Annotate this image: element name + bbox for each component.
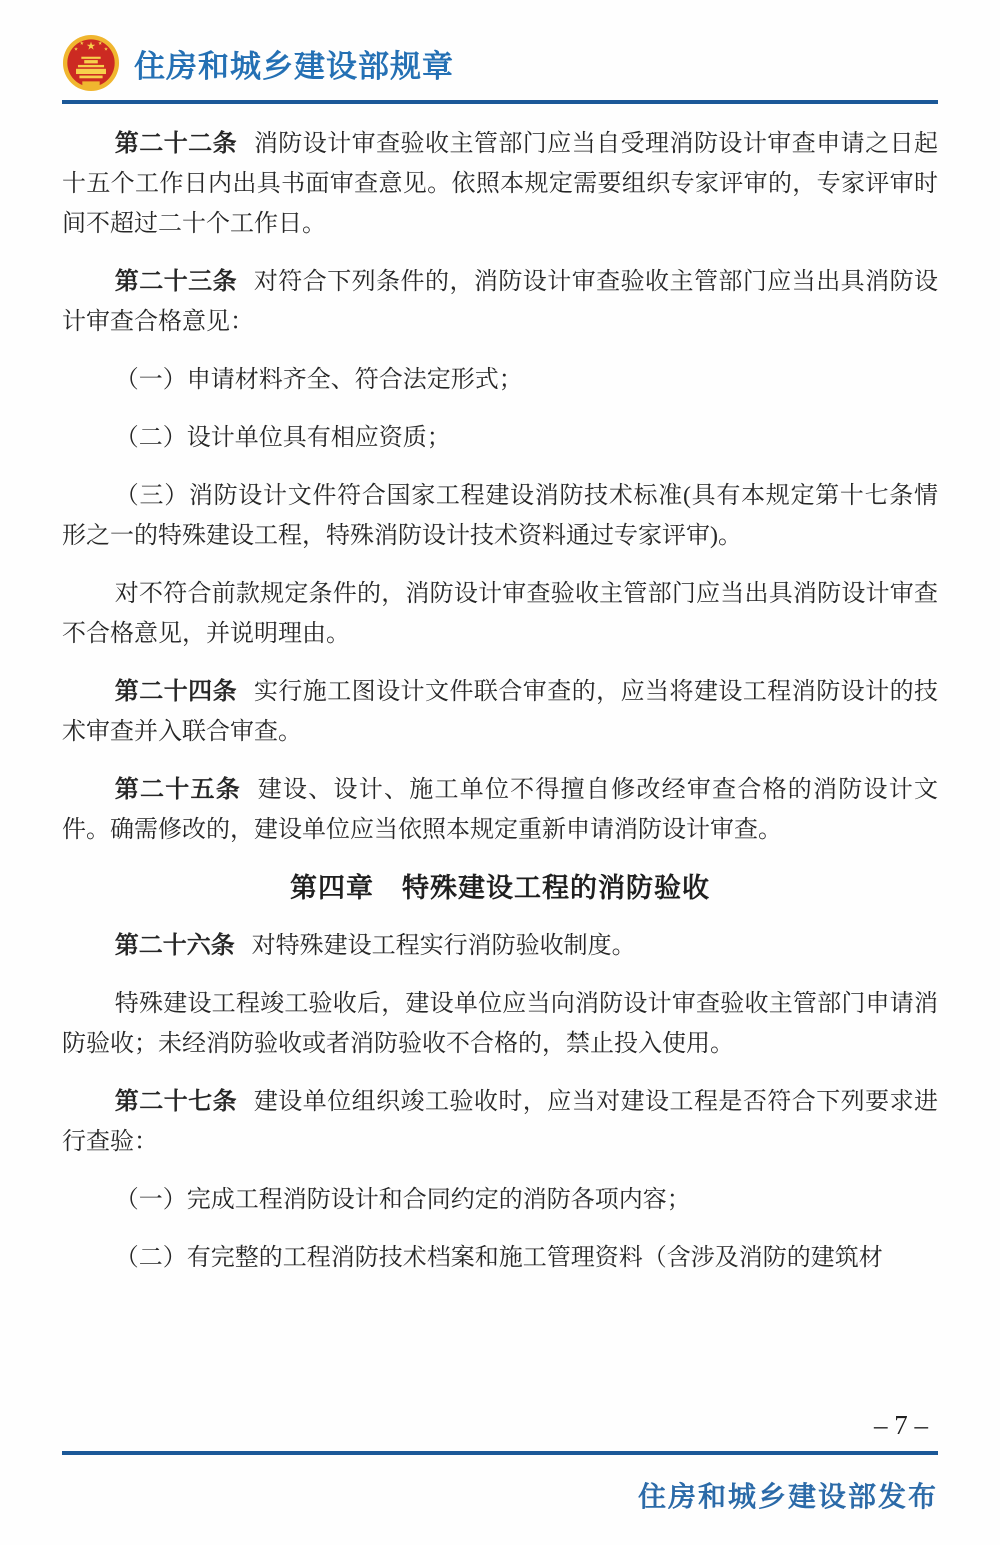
list-item-paragraph: （一）申请材料齐全、符合法定形式；	[62, 360, 938, 400]
article-paragraph: 第二十四条实行施工图设计文件联合审查的，应当将建设工程消防设计的技术审查并入联合…	[62, 672, 938, 752]
article-paragraph: 特殊建设工程竣工验收后，建设单位应当向消防设计审查验收主管部门申请消防验收；未经…	[62, 984, 938, 1064]
page-header: 住房和城乡建设部规章	[0, 0, 1000, 104]
china-national-emblem-icon	[62, 34, 120, 92]
list-item-paragraph: （一）完成工程消防设计和合同约定的消防各项内容；	[62, 1180, 938, 1220]
page-number: – 7 –	[62, 1407, 938, 1443]
header-rule	[62, 100, 938, 104]
article-number: 第二十二条	[115, 130, 237, 157]
article-text: （一）完成工程消防设计和合同约定的消防各项内容；	[115, 1187, 691, 1213]
article-text: 特殊建设工程竣工验收后，建设单位应当向消防设计审查验收主管部门申请消防验收；未经…	[62, 991, 938, 1057]
article-text: （二）设计单位具有相应资质；	[115, 425, 451, 451]
article-number: 第二十六条	[115, 932, 235, 959]
article-number: 第二十三条	[115, 268, 237, 295]
chapter-heading: 第四章 特殊建设工程的消防验收	[62, 868, 938, 908]
article-paragraph: 对不符合前款规定条件的，消防设计审查验收主管部门应当出具消防设计审查不合格意见，…	[62, 574, 938, 654]
article-paragraph: 第二十六条对特殊建设工程实行消防验收制度。	[62, 926, 938, 966]
list-item-paragraph: （二）有完整的工程消防技术档案和施工管理资料（含涉及消防的建筑材	[62, 1238, 938, 1278]
article-number: 第二十五条	[115, 776, 241, 803]
article-text: 对不符合前款规定条件的，消防设计审查验收主管部门应当出具消防设计审查不合格意见，…	[62, 581, 938, 647]
list-item-paragraph: （三）消防设计文件符合国家工程建设消防技术标准(具有本规定第十七条情形之一的特殊…	[62, 476, 938, 556]
article-paragraph: 第二十五条建设、设计、施工单位不得擅自修改经审查合格的消防设计文件。确需修改的，…	[62, 770, 938, 850]
article-text: （三）消防设计文件符合国家工程建设消防技术标准(具有本规定第十七条情形之一的特殊…	[62, 483, 938, 549]
article-number: 第二十四条	[115, 678, 237, 705]
document-body: 第二十二条消防设计审查验收主管部门应当自受理消防设计审查申请之日起十五个工作日内…	[0, 124, 1000, 1278]
article-text: 对特殊建设工程实行消防验收制度。	[252, 933, 636, 959]
header-title: 住房和城乡建设部规章	[134, 41, 454, 86]
article-paragraph: 第二十二条消防设计审查验收主管部门应当自受理消防设计审查申请之日起十五个工作日内…	[62, 124, 938, 244]
article-text: （二）有完整的工程消防技术档案和施工管理资料（含涉及消防的建筑材	[115, 1245, 883, 1271]
page-footer: – 7 – 住房和城乡建设部发布	[62, 1407, 938, 1545]
article-number: 第二十七条	[115, 1088, 237, 1115]
footer-rule	[62, 1451, 938, 1455]
article-paragraph: 第二十三条对符合下列条件的，消防设计审查验收主管部门应当出具消防设计审查合格意见…	[62, 262, 938, 342]
article-paragraph: 第二十七条建设单位组织竣工验收时，应当对建设工程是否符合下列要求进行查验：	[62, 1082, 938, 1162]
article-text: （一）申请材料齐全、符合法定形式；	[115, 367, 523, 393]
document-page: 住房和城乡建设部规章 第二十二条消防设计审查验收主管部门应当自受理消防设计审查申…	[0, 0, 1000, 1545]
list-item-paragraph: （二）设计单位具有相应资质；	[62, 418, 938, 458]
publisher-line: 住房和城乡建设部发布	[62, 1479, 938, 1517]
